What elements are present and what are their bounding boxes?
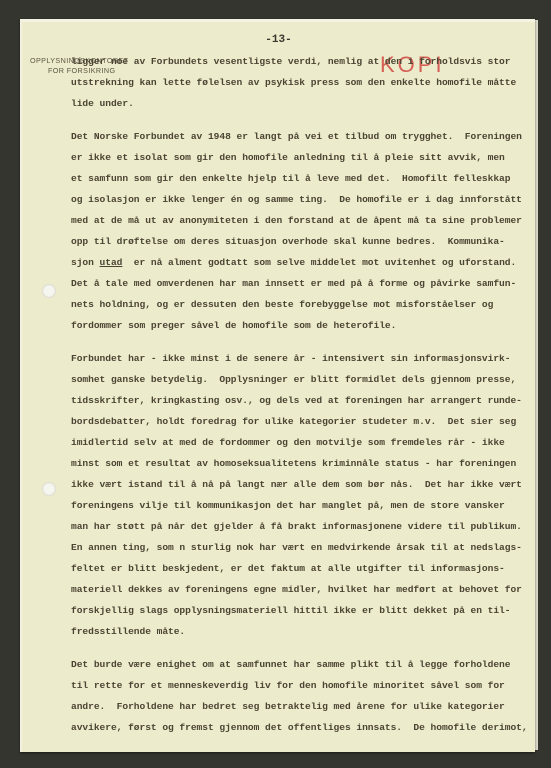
text-line: feltet er blitt beskjedent, er det faktu… xyxy=(71,558,511,579)
text-fragment: er nå alment godtatt som selve middelet … xyxy=(122,257,516,268)
text-line: minst som et resultat av homoseksualitet… xyxy=(71,453,511,474)
text-line: Det Norske Forbundet av 1948 er langt på… xyxy=(71,126,511,147)
page-number: -13- xyxy=(22,34,535,46)
punch-hole-icon xyxy=(42,482,56,496)
text-line: bordsdebatter, holdt foredrag for ulike … xyxy=(71,411,511,432)
text-fragment: sjon xyxy=(71,257,100,268)
text-line: ikke vært istand til å nå på langt nær a… xyxy=(71,474,511,495)
text-line: foreningens vilje til kommunikasjon det … xyxy=(71,495,511,516)
text-line: utstrekning kan lette følelsen av psykis… xyxy=(71,72,511,93)
paragraph-3: Forbundet har - ikke minst i de senere å… xyxy=(71,348,511,642)
paragraph-4: Det burde være enighet om at samfunnet h… xyxy=(71,654,511,738)
text-line: fordommer som preger såvel de homofile s… xyxy=(71,315,511,336)
document-body: ligger noe av Forbundets vesentligste ve… xyxy=(71,51,511,750)
text-line: opp til drøftelse om deres situasjon ove… xyxy=(71,231,511,252)
text-line: En annen ting, som n sturlig nok har vær… xyxy=(71,537,511,558)
text-line: avvikere, først og fremst gjennom det of… xyxy=(71,717,511,738)
text-line: imidlertid selv at med de fordommer og d… xyxy=(71,432,511,453)
text-line: sjon utad er nå alment godtatt som selve… xyxy=(71,252,511,273)
text-line: et samfunn som gir den enkelte hjelp til… xyxy=(71,168,511,189)
text-line: er ikke et isolat som gir den homofile a… xyxy=(71,147,511,168)
text-line: Det å tale med omverdenen har man innset… xyxy=(71,273,511,294)
text-line: og isolasjon er ikke lenger én og samme … xyxy=(71,189,511,210)
text-line: forskjellig slags opplysningsmateriell h… xyxy=(71,600,511,621)
text-line: nets holdning, og er dessuten den beste … xyxy=(71,294,511,315)
text-line: somhet ganske betydelig. Opplysninger er… xyxy=(71,369,511,390)
text-line: til rette for et menneskeverdig liv for … xyxy=(71,675,511,696)
text-line: Det burde være enighet om at samfunnet h… xyxy=(71,654,511,675)
text-line: Forbundet har - ikke minst i de senere å… xyxy=(71,348,511,369)
paragraph-2: Det Norske Forbundet av 1948 er langt på… xyxy=(71,126,511,336)
paragraph-1: ligger noe av Forbundets vesentligste ve… xyxy=(71,51,511,114)
punch-hole-icon xyxy=(42,284,56,298)
text-line: materiell dekkes av foreningens egne mid… xyxy=(71,579,511,600)
text-line: fredsstillende måte. xyxy=(71,621,511,642)
underlined-word: utad xyxy=(100,257,123,268)
text-line: man har støtt på når det gjelder å få br… xyxy=(71,516,511,537)
text-line: lide under. xyxy=(71,93,511,114)
text-line: andre. Forholdene har bedret seg betrakt… xyxy=(71,696,511,717)
text-line: med at de må ut av anonymiteten i den fo… xyxy=(71,210,511,231)
text-line: ligger noe av Forbundets vesentligste ve… xyxy=(71,51,511,72)
text-line: tidsskrifter, kringkasting osv., og dels… xyxy=(71,390,511,411)
